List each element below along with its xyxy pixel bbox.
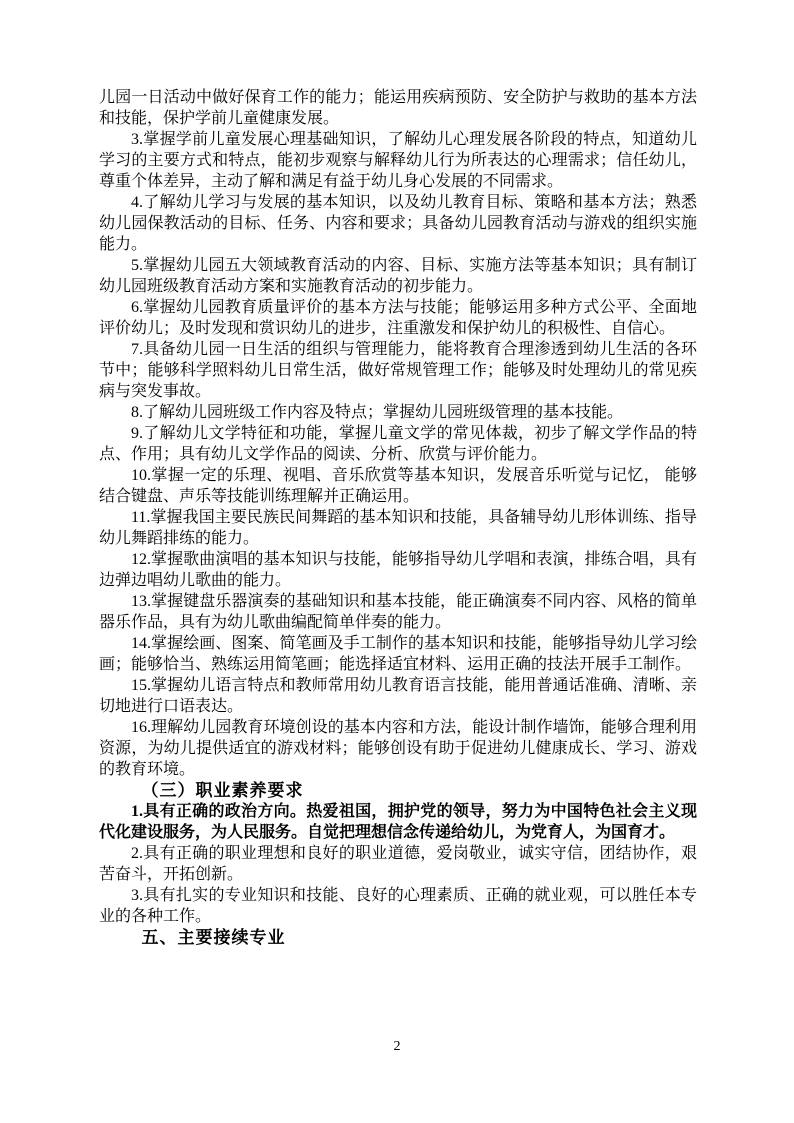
paragraph: 8.了解幼儿园班级工作内容及特点；掌握幼儿园班级管理的基本技能。 bbox=[99, 402, 697, 423]
document-body: 儿园一日活动中做好保育工作的能力；能运用疾病预防、安全防护与救助的基本方法和技能… bbox=[99, 87, 697, 948]
paragraph: 4.了解幼儿学习与发展的基本知识，以及幼儿教育目标、策略和基本方法；熟悉幼儿园保… bbox=[99, 192, 697, 255]
paragraph: 16.理解幼儿园教育环境创设的基本内容和方法，能设计制作墙饰，能够合理利用资源，… bbox=[99, 717, 697, 780]
paragraph: 15.掌握幼儿语言特点和教师常用幼儿教育语言技能，能用普通话准确、清晰、亲切地进… bbox=[99, 675, 697, 717]
paragraph: 13.掌握键盘乐器演奏的基础知识和基本技能，能正确演奏不同内容、风格的简单器乐作… bbox=[99, 591, 697, 633]
paragraph: 11.掌握我国主要民族民间舞蹈的基本知识和技能，具备辅导幼儿形体训练、指导幼儿舞… bbox=[99, 507, 697, 549]
page-footer: 2 bbox=[0, 1038, 794, 1056]
paragraph: 2.具有正确的职业理想和良好的职业道德，爱岗敬业，诚实守信，团结协作，艰苦奋斗，… bbox=[99, 843, 697, 885]
paragraph: 7.具备幼儿园一日生活的组织与管理能力，能将教育合理渗透到幼儿生活的各环节中；能… bbox=[99, 339, 697, 402]
section-heading: 五、主要接续专业 bbox=[99, 927, 697, 948]
paragraph: 1.具有正确的政治方向。热爱祖国，拥护党的领导，努力为中国特色社会主义现代化建设… bbox=[99, 801, 697, 843]
paragraph: 3.具有扎实的专业知识和技能、良好的心理素质、正确的就业观，可以胜任本专业的各种… bbox=[99, 885, 697, 927]
paragraph: 14.掌握绘画、图案、简笔画及手工制作的基本知识和技能，能够指导幼儿学习绘画；能… bbox=[99, 633, 697, 675]
paragraph: 5.掌握幼儿园五大领域教育活动的内容、目标、实施方法等基本知识；具有制订幼儿园班… bbox=[99, 255, 697, 297]
paragraph: 3.掌握学前儿童发展心理基础知识，了解幼儿心理发展各阶段的特点，知道幼儿学习的主… bbox=[99, 129, 697, 192]
document-page: 儿园一日活动中做好保育工作的能力；能运用疾病预防、安全防护与救助的基本方法和技能… bbox=[0, 0, 794, 1123]
paragraph: 儿园一日活动中做好保育工作的能力；能运用疾病预防、安全防护与救助的基本方法和技能… bbox=[99, 87, 697, 129]
paragraph: 10.掌握一定的乐理、视唱、音乐欣赏等基本知识，发展音乐听觉与记忆， 能够结合键… bbox=[99, 465, 697, 507]
section-heading: （三）职业素养要求 bbox=[99, 780, 697, 801]
paragraph: 6.掌握幼儿园教育质量评价的基本方法与技能；能够运用多种方式公平、全面地评价幼儿… bbox=[99, 297, 697, 339]
paragraph: 12.掌握歌曲演唱的基本知识与技能，能够指导幼儿学唱和表演，排练合唱，具有边弹边… bbox=[99, 549, 697, 591]
page-number: 2 bbox=[394, 1039, 401, 1054]
paragraph: 9.了解幼儿文学特征和功能，掌握儿童文学的常见体裁，初步了解文学作品的特点、作用… bbox=[99, 423, 697, 465]
